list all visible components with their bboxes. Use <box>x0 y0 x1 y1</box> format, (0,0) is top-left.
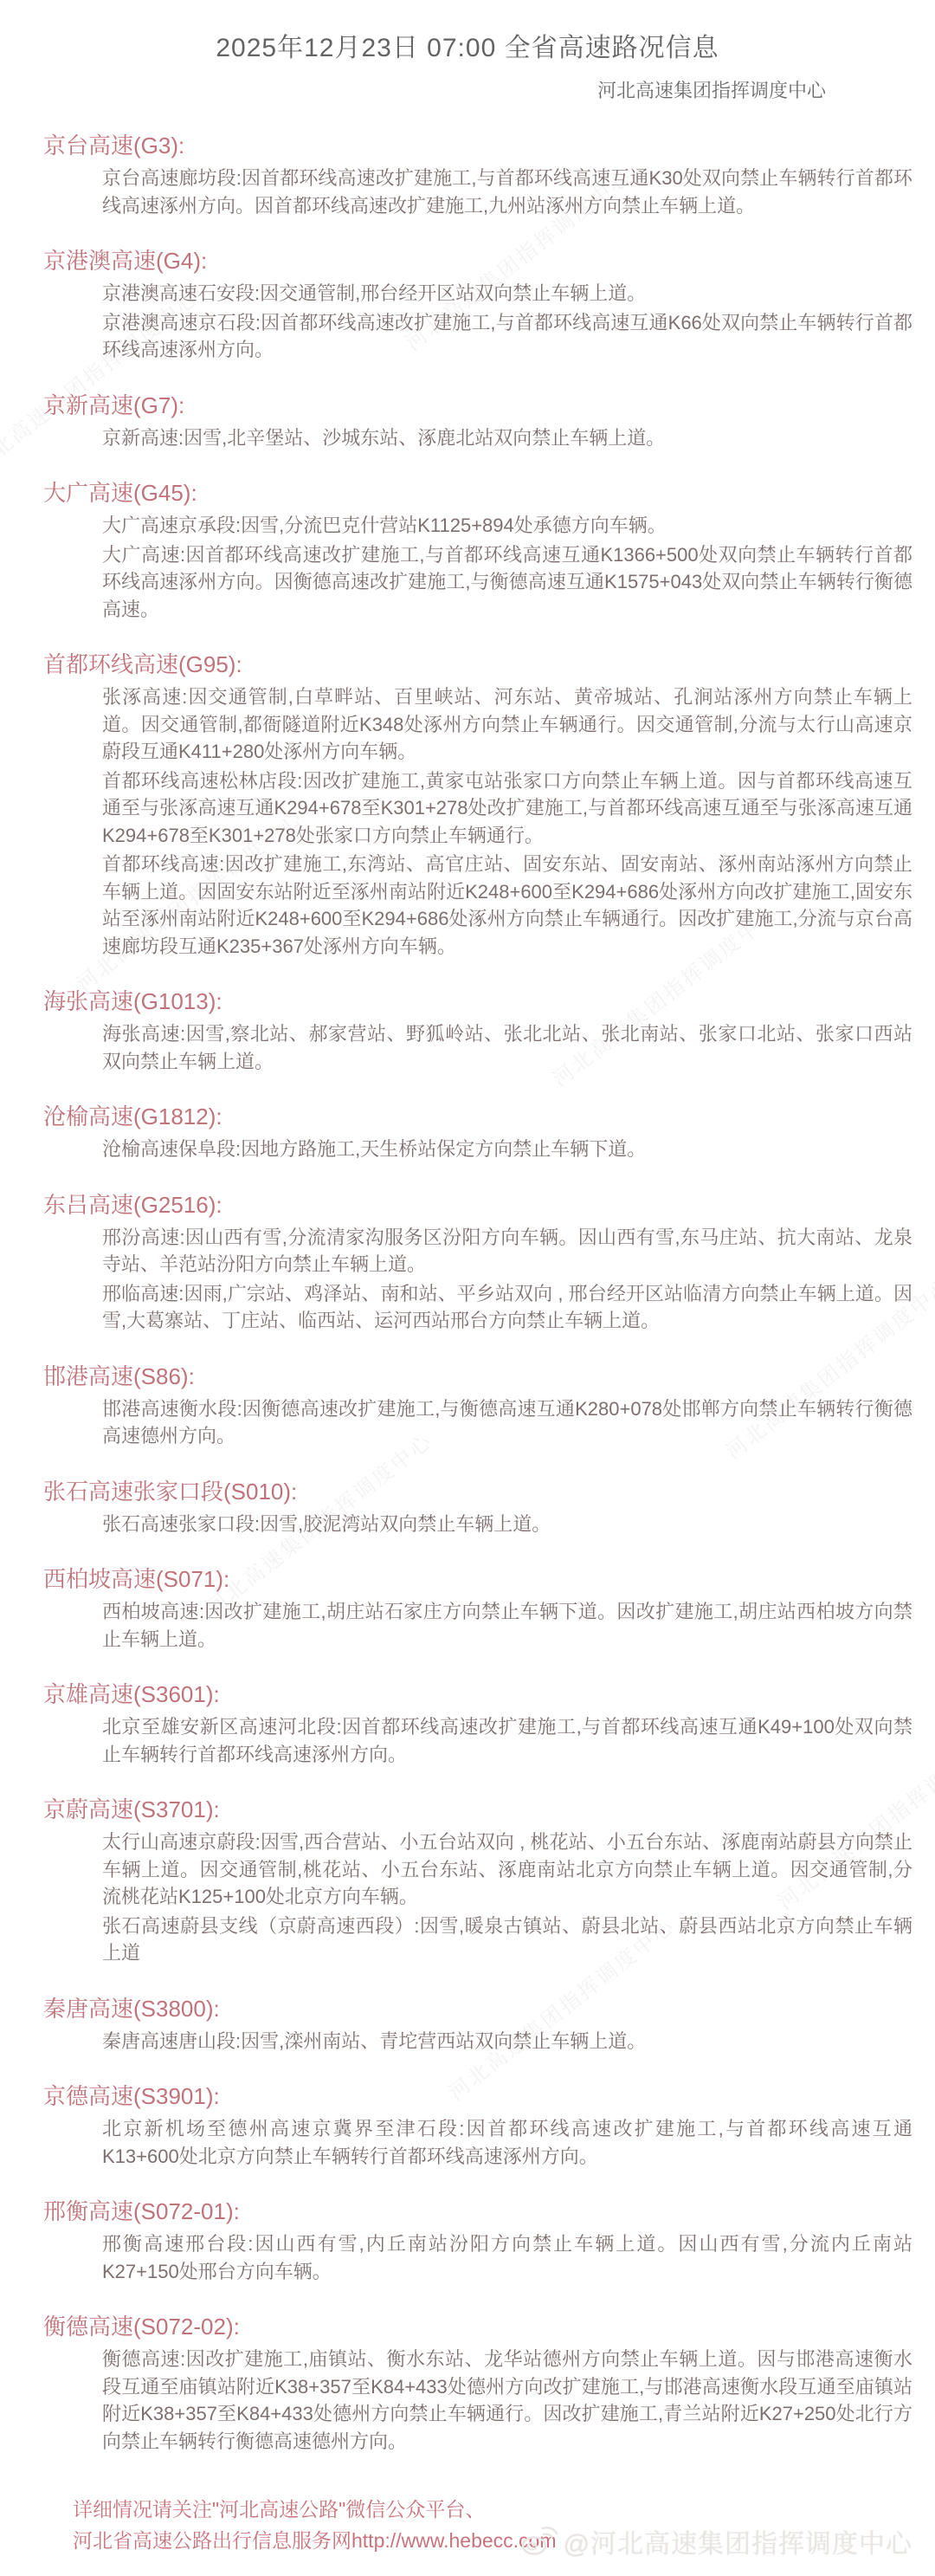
road-paragraph: 京台高速廊坊段:因首都环线高速改扩建施工,与首都环线高速互通K30处双向禁止车辆… <box>43 165 912 219</box>
road-section: 沧榆高速(G1812): 沧榆高速保阜段:因地方路施工,天生桥站保定方向禁止车辆… <box>43 1101 912 1163</box>
road-section: 邢衡高速(S072-01): 邢衡高速邢台段:因山西有雪,内丘南站汾阳方向禁止车… <box>43 2196 912 2285</box>
road-section: 秦唐高速(S3800): 秦唐高速唐山段:因雪,滦州南站、青坨营西站双向禁止车辆… <box>43 1993 912 2055</box>
road-heading: 京台高速(G3): <box>43 130 912 161</box>
road-paragraph: 西柏坡高速:因改扩建施工,胡庄站石家庄方向禁止车辆下道。因改扩建施工,胡庄站西柏… <box>43 1598 912 1653</box>
road-section: 京港澳高速(G4): 京港澳高速石安段:因交通管制,邢台经开区站双向禁止车辆上道… <box>43 245 912 364</box>
road-heading: 西柏坡高速(S071): <box>43 1563 912 1595</box>
road-paragraph: 沧榆高速保阜段:因地方路施工,天生桥站保定方向禁止车辆下道。 <box>43 1136 912 1163</box>
road-heading: 大广高速(G45): <box>43 477 912 508</box>
road-section: 京雄高速(S3601): 北京至雄安新区高速河北段:因首都环线高速改扩建施工,与… <box>43 1679 912 1768</box>
road-section: 东吕高速(G2516): 邢汾高速:因山西有雪,分流清家沟服务区汾阳方向车辆。因… <box>43 1189 912 1335</box>
road-paragraph: 北京至雄安新区高速河北段:因首都环线高速改扩建施工,与首都环线高速互通K49+1… <box>43 1713 912 1768</box>
road-heading: 京德高速(S3901): <box>43 2081 912 2112</box>
road-paragraph: 大广高速京承段:因雪,分流巴克什营站K1125+894处承德方向车辆。 <box>43 512 912 540</box>
road-section: 西柏坡高速(S071): 西柏坡高速:因改扩建施工,胡庄站石家庄方向禁止车辆下道… <box>43 1563 912 1653</box>
road-paragraph: 秦唐高速唐山段:因雪,滦州南站、青坨营西站双向禁止车辆上道。 <box>43 2028 912 2055</box>
road-heading: 衡德高速(S072-02): <box>43 2311 912 2342</box>
road-section: 衡德高速(S072-02): 衡德高速:因改扩建施工,庙镇站、衡水东站、龙华站德… <box>43 2311 912 2455</box>
road-heading: 京港澳高速(G4): <box>43 245 912 276</box>
road-paragraph: 邢临高速:因雨,广宗站、鸡泽站、南和站、平乡站双向 , 邢台经开区站临清方向禁止… <box>43 1280 912 1335</box>
road-section: 京台高速(G3): 京台高速廊坊段:因首都环线高速改扩建施工,与首都环线高速互通… <box>43 130 912 219</box>
road-heading: 秦唐高速(S3800): <box>43 1993 912 2024</box>
page-title: 2025年12月23日 07:00 全省高速路况信息 <box>43 29 912 68</box>
road-paragraph: 京港澳高速石安段:因交通管制,邢台经开区站双向禁止车辆上道。 <box>43 280 912 307</box>
road-paragraph: 首都环线高速:因改扩建施工,东湾站、高官庄站、固安东站、固安南站、涿州南站涿州方… <box>43 851 912 960</box>
road-section: 首都环线高速(G95): 张涿高速:因交通管制,白草畔站、百里峡站、河东站、黄帝… <box>43 649 912 960</box>
traffic-report: 2025年12月23日 07:00 全省高速路况信息 河北高速集团指挥调度中心 … <box>0 0 935 2556</box>
road-heading: 海张高速(G1013): <box>43 986 912 1017</box>
road-section: 大广高速(G45): 大广高速京承段:因雪,分流巴克什营站K1125+894处承… <box>43 477 912 623</box>
weibo-handle-text: @河北高速集团指挥调度中心 <box>564 2522 912 2560</box>
road-paragraph: 大广高速:因首都环线高速改扩建施工,与首都环线高速互通K1366+500处双向禁… <box>43 541 912 624</box>
road-paragraph: 邢汾高速:因山西有雪,分流清家沟服务区汾阳方向车辆。因山西有雪,东马庄站、抗大南… <box>43 1224 912 1278</box>
road-paragraph: 邯港高速衡水段:因衡德高速改扩建施工,与衡德高速互通K280+078处邯郸方向禁… <box>43 1395 912 1450</box>
road-paragraph: 海张高速:因雪,察北站、郝家营站、野狐岭站、张北北站、张北南站、张家口北站、张家… <box>43 1020 912 1075</box>
road-heading: 沧榆高速(G1812): <box>43 1101 912 1132</box>
road-heading: 京雄高速(S3601): <box>43 1679 912 1710</box>
weibo-icon <box>520 2526 558 2557</box>
issuer-name: 河北高速集团指挥调度中心 <box>43 78 912 104</box>
road-section: 张石高速张家口段(S010): 张石高速张家口段:因雪,胶泥湾站双向禁止车辆上道… <box>43 1476 912 1538</box>
road-paragraph: 北京新机场至德州高速京冀界至津石段:因首都环线高速改扩建施工,与首都环线高速互通… <box>43 2115 912 2170</box>
sections-container: 京台高速(G3): 京台高速廊坊段:因首都环线高速改扩建施工,与首都环线高速互通… <box>43 130 912 2455</box>
road-paragraph: 张石高速蔚县支线（京蔚高速西段）:因雪,暖泉古镇站、蔚县北站、蔚县西站北京方向禁… <box>43 1913 912 1967</box>
road-section: 海张高速(G1013): 海张高速:因雪,察北站、郝家营站、野狐岭站、张北北站、… <box>43 986 912 1075</box>
weibo-watermark: @河北高速集团指挥调度中心 <box>520 2522 912 2560</box>
road-heading: 首都环线高速(G95): <box>43 649 912 680</box>
road-section: 京蔚高速(S3701): 太行山高速京蔚段:因雪,西合营站、小五台站双向 , 桃… <box>43 1794 912 1967</box>
road-paragraph: 张石高速张家口段:因雪,胶泥湾站双向禁止车辆上道。 <box>43 1511 912 1538</box>
road-paragraph: 衡德高速:因改扩建施工,庙镇站、衡水东站、龙华站德州方向禁止车辆上道。因与邯港高… <box>43 2346 912 2455</box>
road-heading: 东吕高速(G2516): <box>43 1189 912 1220</box>
road-heading: 邢衡高速(S072-01): <box>43 2196 912 2227</box>
road-paragraph: 邢衡高速邢台段:因山西有雪,内丘南站汾阳方向禁止车辆上道。因山西有雪,分流内丘南… <box>43 2230 912 2285</box>
road-heading: 张石高速张家口段(S010): <box>43 1476 912 1507</box>
road-paragraph: 太行山高速京蔚段:因雪,西合营站、小五台站双向 , 桃花站、小五台东站、涿鹿南站… <box>43 1828 912 1911</box>
road-paragraph: 首都环线高速松林店段:因改扩建施工,黄家屯站张家口方向禁止车辆上道。因与首都环线… <box>43 767 912 850</box>
road-paragraph: 张涿高速:因交通管制,白草畔站、百里峡站、河东站、黄帝城站、孔涧站涿州方向禁止车… <box>43 683 912 766</box>
road-heading: 京蔚高速(S3701): <box>43 1794 912 1825</box>
road-section: 京德高速(S3901): 北京新机场至德州高速京冀界至津石段:因首都环线高速改扩… <box>43 2081 912 2170</box>
footer-line-wechat: 详细情况请关注"河北高速公路"微信公众平台、 <box>73 2494 912 2525</box>
road-section: 京新高速(G7): 京新高速:因雪,北辛堡站、沙城东站、涿鹿北站双向禁止车辆上道… <box>43 390 912 452</box>
road-paragraph: 京新高速:因雪,北辛堡站、沙城东站、涿鹿北站双向禁止车辆上道。 <box>43 424 912 452</box>
road-section: 邯港高速(S86): 邯港高速衡水段:因衡德高速改扩建施工,与衡德高速互通K28… <box>43 1361 912 1450</box>
road-heading: 邯港高速(S86): <box>43 1361 912 1392</box>
road-paragraph: 京港澳高速京石段:因首都环线高速改扩建施工,与首都环线高速互通K66处双向禁止车… <box>43 309 912 364</box>
road-heading: 京新高速(G7): <box>43 390 912 421</box>
